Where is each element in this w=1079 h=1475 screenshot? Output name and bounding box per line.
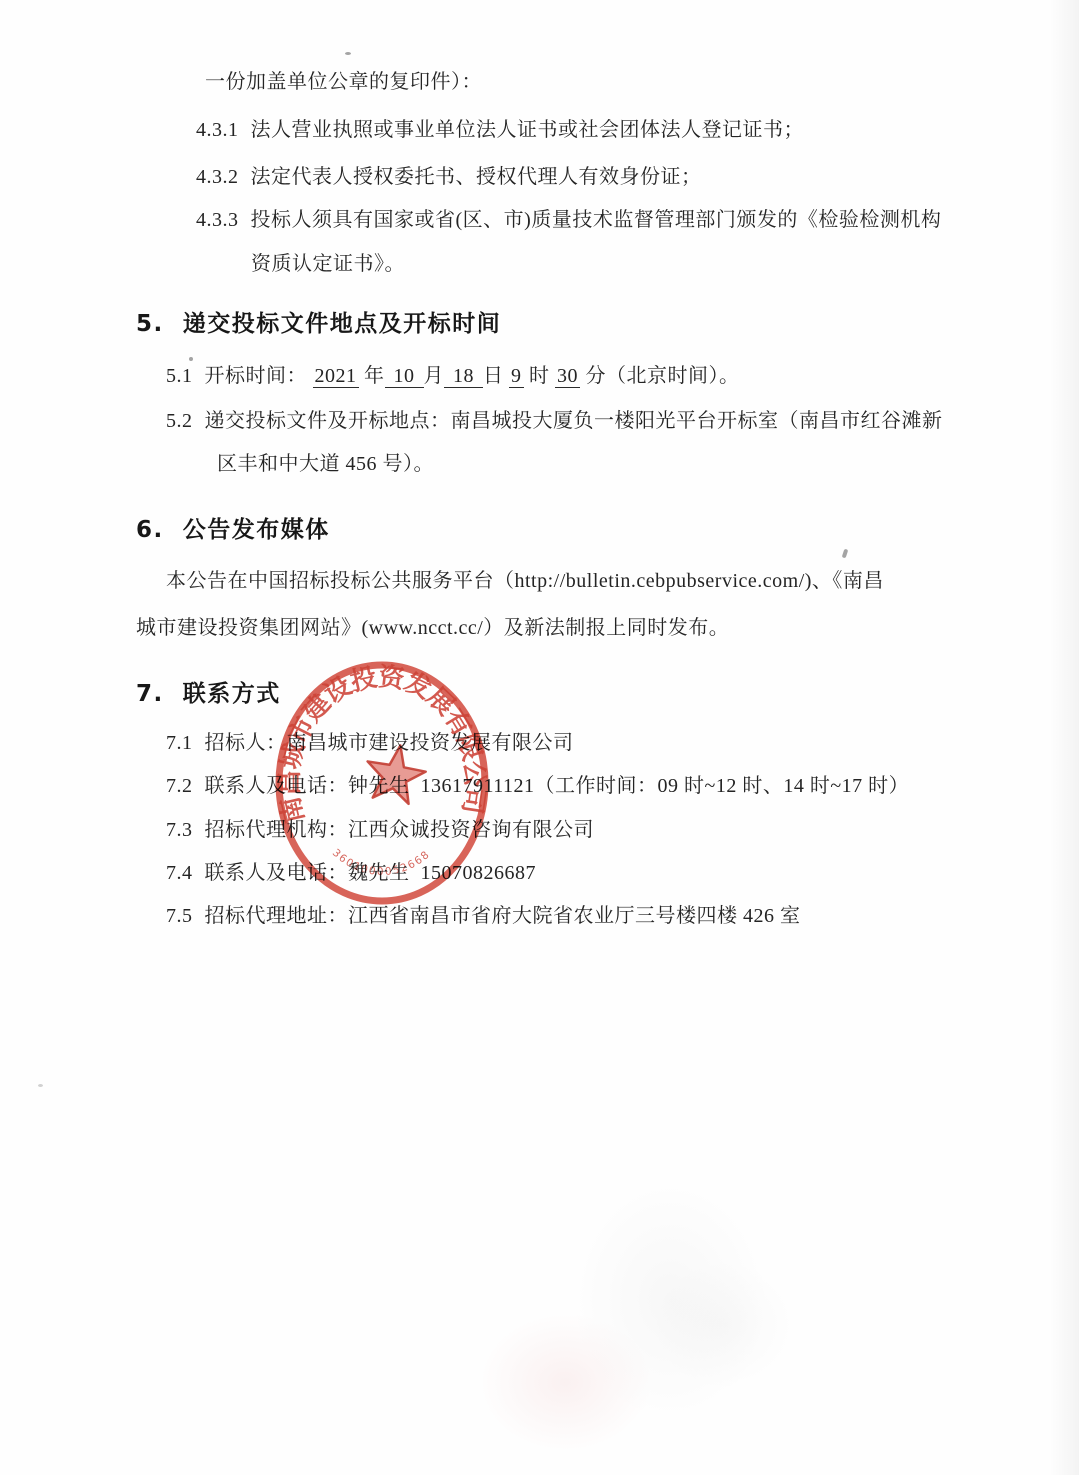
item-7-4-number: 7.4 xyxy=(166,862,193,884)
section-6-heading: 6. 公告发布媒体 xyxy=(136,511,330,544)
open-time-minute: 30 xyxy=(555,365,580,388)
item-7-5-number: 7.5 xyxy=(166,905,193,927)
item-5-2-text: 递交投标文件及开标地点：南昌城投大厦负一楼阳光平台开标室（南昌市红谷滩新 xyxy=(205,410,943,432)
item-4-3-3: 4.3.3投标人须具有国家或省(区、市)质量技术监督管理部门颁发的《检验检测机构 xyxy=(196,208,941,232)
item-4-3-3-continuation: 资质认定证书》。 xyxy=(251,252,405,276)
company-seal: 南昌城市建设投资发展有限公司 3601000052668 xyxy=(270,658,494,908)
open-date-month: 10 xyxy=(385,365,424,388)
open-time-label: 开标时间： xyxy=(205,365,313,387)
section-7-heading: 7. 联系方式 xyxy=(136,675,281,708)
open-time-hour: 9 xyxy=(509,365,524,388)
document-page: 一份加盖单位公章的复印件）： 4.3.1法人营业执照或事业单位法人证书或社会团体… xyxy=(0,0,1079,1475)
item-7-2-number: 7.2 xyxy=(166,775,193,797)
item-5-2-continuation: 区丰和中大道 456 号）。 xyxy=(217,452,434,476)
seal-company-textpath: 南昌城市建设投资发展有限公司 xyxy=(275,661,490,826)
item-4-3-1: 4.3.1法人营业执照或事业单位法人证书或社会团体法人登记证书； xyxy=(196,118,804,142)
item-4-3-1-text: 法人营业执照或事业单位法人证书或社会团体法人登记证书； xyxy=(251,119,805,141)
item-5-2-number: 5.2 xyxy=(166,410,193,432)
open-date-year: 2021 xyxy=(313,365,359,388)
scan-speck xyxy=(345,52,351,55)
open-time-minute-unit: 分 xyxy=(580,365,606,387)
item-5-1-number: 5.1 xyxy=(166,365,193,387)
section-5-heading: 5. 递交投标文件地点及开标时间 xyxy=(136,305,501,338)
scan-speck xyxy=(842,549,849,559)
open-date-day: 18 xyxy=(444,365,483,388)
item-4-3-2-text: 法定代表人授权委托书、授权代理人有效身份证； xyxy=(251,166,702,188)
agency-address-text: 招标代理地址：江西省南昌市省府大院省农业厅三号楼四楼 426 室 xyxy=(205,905,801,927)
item-4-3-1-number: 4.3.1 xyxy=(196,119,239,141)
open-time-suffix: （北京时间）。 xyxy=(606,365,740,387)
scan-smudge xyxy=(540,1140,800,1460)
item-5-1: 5.1开标时间： 2021 年10月18日 9 时 30 分（北京时间）。 xyxy=(166,364,740,388)
item-4-3-2-number: 4.3.2 xyxy=(196,166,239,188)
item-7-3-number: 7.3 xyxy=(166,819,193,841)
seal-star-icon xyxy=(362,740,430,805)
item-5-2: 5.2递交投标文件及开标地点：南昌城投大厦负一楼阳光平台开标室（南昌市红谷滩新 xyxy=(166,409,943,433)
seal-serial-text: 3601000052668 xyxy=(330,847,432,878)
item-4-3-2: 4.3.2法定代表人授权委托书、授权代理人有效身份证； xyxy=(196,165,702,189)
scan-smudge xyxy=(450,1290,680,1475)
item-7-1-number: 7.1 xyxy=(166,732,193,754)
seal-serial-textpath: 3601000052668 xyxy=(330,847,432,878)
section-6-paragraph-line2: 城市建设投资集团网站》(www.ncct.cc/）及新法制报上同时发布。 xyxy=(136,616,729,640)
scan-smudge xyxy=(630,1240,820,1410)
company-seal-svg: 南昌城市建设投资发展有限公司 3601000052668 xyxy=(270,658,494,908)
open-date-day-unit: 日 xyxy=(483,365,509,387)
item-4-3-3-number: 4.3.3 xyxy=(196,209,239,231)
scan-speck xyxy=(189,357,193,361)
open-date-month-unit: 月 xyxy=(424,365,445,387)
scan-speck xyxy=(38,1084,43,1087)
open-date-year-unit: 年 xyxy=(359,365,385,387)
open-time-hour-unit: 时 xyxy=(524,365,556,387)
intro-line: 一份加盖单位公章的复印件）： xyxy=(205,70,482,94)
seal-company-text: 南昌城市建设投资发展有限公司 xyxy=(275,661,490,826)
item-4-3-3-text: 投标人须具有国家或省(区、市)质量技术监督管理部门颁发的《检验检测机构 xyxy=(251,209,942,231)
scan-edge-shade xyxy=(1049,0,1079,1475)
section-6-paragraph-line1: 本公告在中国招标投标公共服务平台（http://bulletin.cebpubs… xyxy=(166,569,884,593)
